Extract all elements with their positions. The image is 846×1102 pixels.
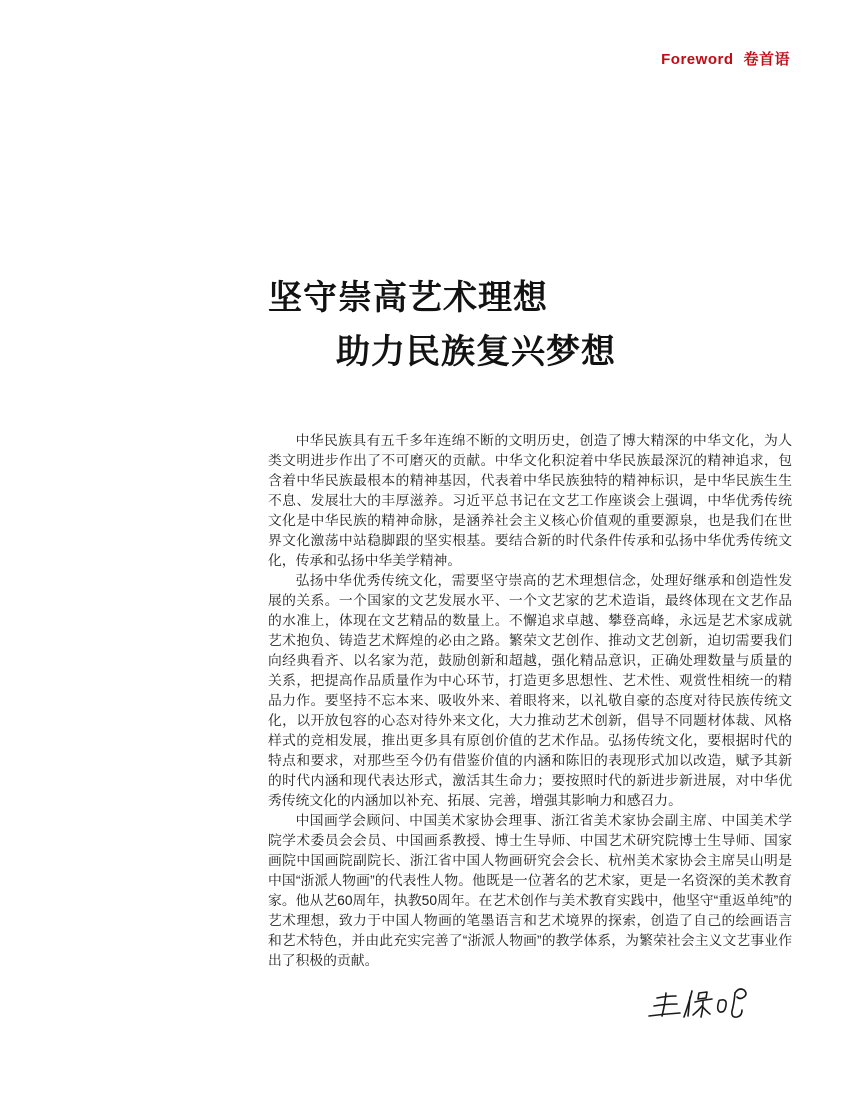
paragraph: 中国画学会顾问、中国美术家协会理事、浙江省美术家协会副主席、中国美术学院学术委员… [268,811,792,971]
paragraph: 中华民族具有五千多年连绵不断的文明历史，创造了博大精深的中华文化，为人类文明进步… [268,431,792,571]
signature-handwriting [645,984,757,1030]
paragraph: 弘扬中华优秀传统文化，需要坚守崇高的艺术理想信念，处理好继承和创造性发展的关系。… [268,571,792,811]
page-title: 坚守崇高艺术理想 助力民族复兴梦想 [268,272,616,380]
page-title-line1: 坚守崇高艺术理想 [268,272,616,326]
foreword-header: Foreword卷首语 [661,48,790,69]
foreword-label-en: Foreword [661,51,733,68]
page-title-line2: 助力民族复兴梦想 [268,326,616,380]
article-body: 中华民族具有五千多年连绵不断的文明历史，创造了博大精深的中华文化，为人类文明进步… [268,431,792,971]
signature-strokes [645,984,757,1030]
foreword-label-zh: 卷首语 [743,51,790,68]
document-page: Foreword卷首语 坚守崇高艺术理想 助力民族复兴梦想 中华民族具有五千多年… [0,0,846,1102]
